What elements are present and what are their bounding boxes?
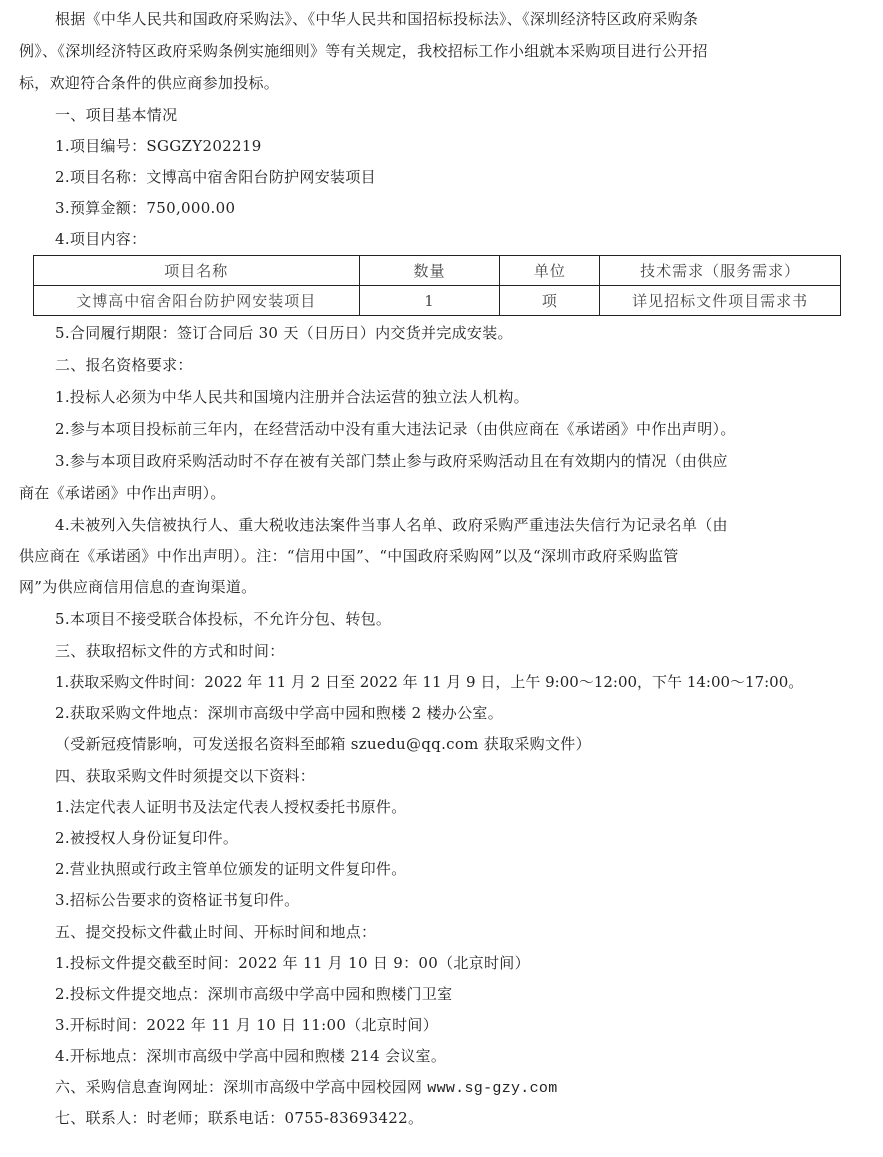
- requirement-2: 2.参与本项目投标前三年内，在经营活动中没有重大违法记录（由供应商在《承诺函》中…: [55, 419, 736, 439]
- intro-line-2: 例》、《深圳经济特区政府采购条例实施细则》等有关规定，我校招标工作小组就本采购项…: [19, 41, 708, 61]
- table-row: 文博高中宿舍阳台防护网安装项目 1 项 详见招标文件项目需求书: [34, 286, 841, 316]
- intro-line-1: 根据《中华人民共和国政府采购法》、《中华人民共和国招标投标法》、《深圳经济特区政…: [55, 9, 698, 29]
- table-cell: 项: [500, 286, 600, 316]
- project-items-table: 项目名称 数量 单位 技术需求（服务需求） 文博高中宿舍阳台防护网安装项目 1 …: [33, 255, 841, 316]
- contract-period: 5.合同履行期限：签订合同后 30 天（日历日）内交货并完成安装。: [55, 323, 513, 343]
- section-7-contact: 七、联系人：时老师；联系电话：0755-83693422。: [55, 1108, 423, 1128]
- project-content-label: 4.项目内容：: [55, 229, 146, 249]
- requirement-4-line-1: 4.未被列入失信被执行人、重大税收违法案件当事人名单、政府采购严重违法失信行为记…: [55, 515, 728, 535]
- section-5-heading: 五、提交投标文件截止时间、开标时间和地点：: [55, 922, 376, 942]
- info-url-label: 六、采购信息查询网址：深圳市高级中学高中园校园网: [55, 1078, 427, 1096]
- bid-opening-place: 4.开标地点：深圳市高级中学高中园和煦楼 214 会议室。: [55, 1046, 446, 1066]
- requirement-4-line-3: 网”为供应商信用信息的查询渠道。: [19, 577, 256, 597]
- table-cell: 详见招标文件项目需求书: [600, 286, 841, 316]
- requirement-4-line-2: 供应商在《承诺函》中作出声明）。注：“信用中国”、“中国政府采购网”以及“深圳市…: [19, 546, 679, 566]
- section-4-heading: 四、获取采购文件时须提交以下资料：: [55, 766, 315, 786]
- requirement-1: 1.投标人必须为中华人民共和国境内注册并合法运营的独立法人机构。: [55, 387, 529, 407]
- requirement-5: 5.本项目不接受联合体投标，不允许分包、转包。: [55, 609, 391, 629]
- bid-opening-time: 3.开标时间：2022 年 11 月 10 日 11:00（北京时间）: [55, 1015, 438, 1035]
- document-acquisition-time: 1.获取采购文件时间：2022 年 11 月 2 日至 2022 年 11 月 …: [55, 672, 803, 692]
- section-6-info-url: 六、采购信息查询网址：深圳市高级中学高中园校园网 www.sg-gzy.com: [55, 1077, 558, 1099]
- info-url-link[interactable]: www.sg-gzy.com: [427, 1080, 557, 1097]
- table-header-cell: 数量: [359, 256, 500, 286]
- table-header-cell: 项目名称: [34, 256, 360, 286]
- section-2-heading: 二、报名资格要求：: [55, 355, 193, 375]
- intro-line-3: 标，欢迎符合条件的供应商参加投标。: [19, 73, 279, 93]
- table-cell: 文博高中宿舍阳台防护网安装项目: [34, 286, 360, 316]
- project-budget: 3.预算金额：750,000.00: [55, 198, 235, 218]
- table-header-row: 项目名称 数量 单位 技术需求（服务需求）: [34, 256, 841, 286]
- table-header-cell: 技术需求（服务需求）: [600, 256, 841, 286]
- project-number: 1.项目编号：SGGZY202219: [55, 136, 262, 156]
- required-document-1: 1.法定代表人证明书及法定代表人授权委托书原件。: [55, 797, 407, 817]
- required-document-2: 2.被授权人身份证复印件。: [55, 828, 238, 848]
- section-3-heading: 三、获取招标文件的方式和时间：: [55, 641, 285, 661]
- document-acquisition-email-note: （受新冠疫情影响，可发送报名资料至邮箱 szuedu@qq.com 获取采购文件…: [55, 734, 591, 754]
- section-1-heading: 一、项目基本情况: [55, 105, 177, 125]
- project-name: 2.项目名称：文博高中宿舍阳台防护网安装项目: [55, 167, 376, 187]
- bid-submission-place: 2.投标文件提交地点：深圳市高级中学高中园和煦楼门卫室: [55, 984, 452, 1004]
- bid-deadline: 1.投标文件提交截至时间：2022 年 11 月 10 日 9：00（北京时间）: [55, 953, 530, 973]
- required-document-4: 3.招标公告要求的资格证书复印件。: [55, 890, 299, 910]
- requirement-3-line-2: 商在《承诺函》中作出声明）。: [19, 483, 226, 503]
- document-acquisition-place: 2.获取采购文件地点：深圳市高级中学高中园和煦楼 2 楼办公室。: [55, 703, 503, 723]
- table-header-cell: 单位: [500, 256, 600, 286]
- requirement-3-line-1: 3.参与本项目政府采购活动时不存在被有关部门禁止参与政府采购活动且在有效期内的情…: [55, 451, 728, 471]
- table-cell: 1: [359, 286, 500, 316]
- required-document-3: 2.营业执照或行政主管单位颁发的证明文件复印件。: [55, 859, 407, 879]
